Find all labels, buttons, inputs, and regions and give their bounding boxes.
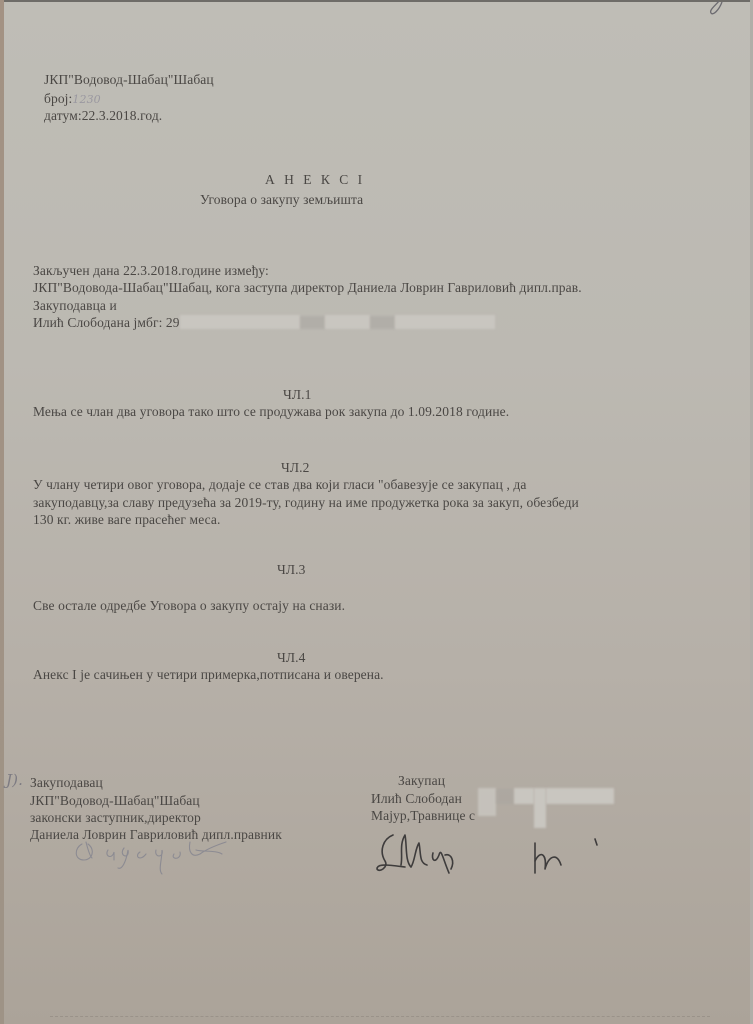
- article-2-line-2: закуподавцу,за славу предузећа за 2019-т…: [33, 495, 579, 511]
- lessor-initials-mark: Ј).: [6, 772, 23, 788]
- lessor-title: законски заступник,директор: [30, 810, 201, 826]
- parties-line-3: Закуподавца и: [33, 298, 117, 314]
- lessor-role: Закуподавац: [30, 775, 103, 791]
- parties-line-1: Закључен дана 22.3.2018.године између:: [33, 263, 269, 279]
- article-2-line-3: 130 кг. живе ваге прасећег меса.: [33, 512, 220, 528]
- header-number: број:1230: [44, 91, 101, 108]
- handwritten-corner-mark: [705, 0, 735, 18]
- document-title: А Н Е К С I: [265, 172, 365, 188]
- header-date: датум:22.3.2018.год.: [44, 108, 162, 124]
- article-2-line-1: У члану четири овог уговора, додаје се с…: [33, 477, 526, 493]
- photo-top-edge: [0, 0, 753, 2]
- photo-bottom-edge: [50, 1016, 710, 1018]
- article-4-heading: ЧЛ.4: [277, 650, 305, 666]
- document-subtitle: Уговора о закупу земљишта: [200, 192, 363, 208]
- lessor-handwritten-signature: [70, 830, 240, 880]
- parties-line-4: Илић Слободана јмбг: 29: [33, 315, 180, 331]
- article-4-line-1: Анекс I је сачињен у четири примерка,пот…: [33, 667, 384, 683]
- header-organization: ЈКП"Водовод-Шабац"Шабац: [44, 72, 214, 88]
- article-2-heading: ЧЛ.2: [281, 460, 309, 476]
- lessee-handwritten-signature: [375, 825, 605, 885]
- photo-left-edge: [0, 0, 4, 1024]
- article-3-heading: ЧЛ.3: [277, 562, 305, 578]
- parties-line-2: ЈКП"Водовода-Шабац"Шабац, кога заступа д…: [33, 280, 582, 296]
- article-1-line-1: Мења се члан два уговора тако што се про…: [33, 404, 509, 420]
- article-1-heading: ЧЛ.1: [283, 387, 311, 403]
- lessee-role: Закупац: [398, 773, 445, 789]
- lessee-name: Илић Слободан: [371, 791, 462, 807]
- lessor-organization: ЈКП"Водовод-Шабац"Шабац: [30, 793, 200, 809]
- article-3-line-1: Све остале одредбе Уговора о закупу оста…: [33, 598, 345, 614]
- lessee-address: Мајур,Травнице с: [371, 808, 475, 824]
- header-number-label: број:: [44, 91, 72, 106]
- header-number-handwritten: 1230: [72, 93, 100, 106]
